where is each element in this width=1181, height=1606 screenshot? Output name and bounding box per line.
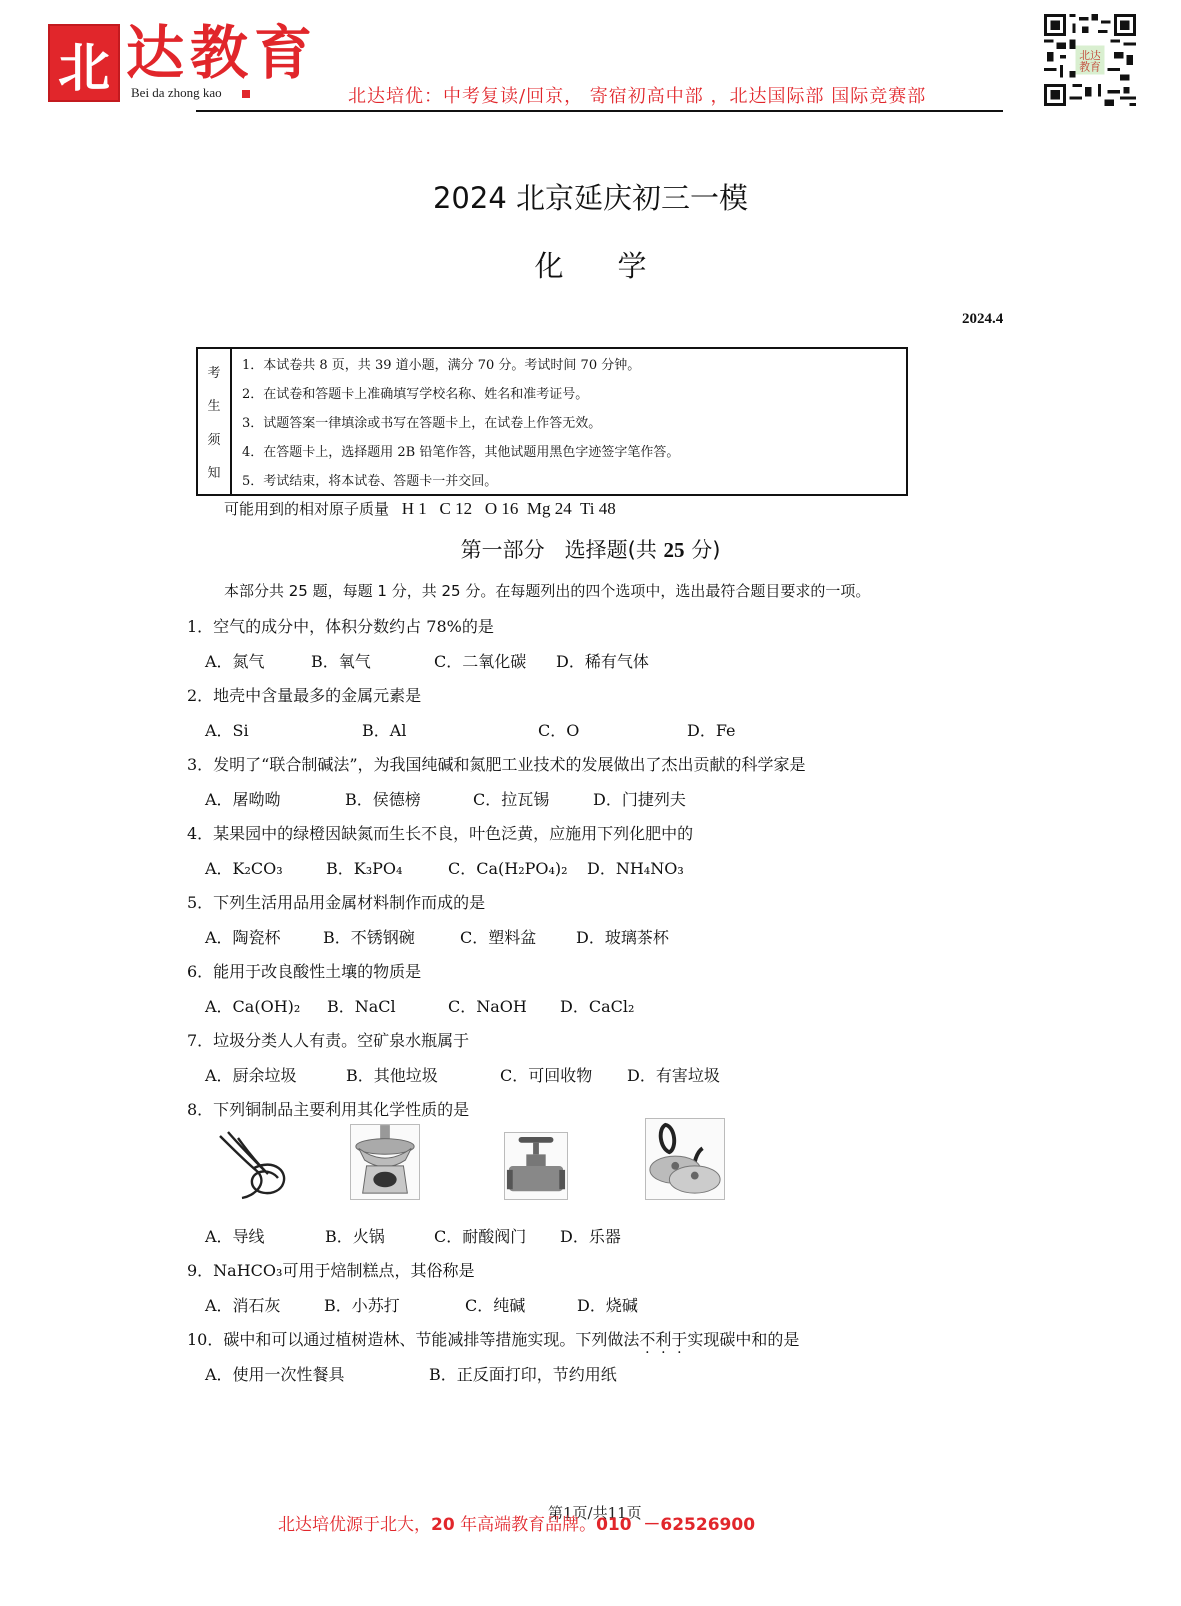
option-c: C．NaOH bbox=[448, 994, 527, 1017]
option-d: D．有害垃圾 bbox=[627, 1063, 720, 1086]
notice-item: 2．在试卷和答题卡上准确填写学校名称、姓名和准考证号。 bbox=[242, 380, 906, 409]
exam-subject: 化学 bbox=[0, 244, 1181, 285]
question-stem: 7．垃圾分类人人有责。空矿泉水瓶属于 bbox=[187, 1028, 469, 1051]
option-a: A．屠呦呦 bbox=[205, 787, 281, 810]
option-c: C．Ca(H₂PO₄)₂ bbox=[448, 856, 568, 879]
question-stem: 1．空气的成分中，体积分数约占 78%的是 bbox=[187, 614, 494, 637]
option-a: A．氮气 bbox=[205, 649, 265, 672]
svg-text:教育: 教育 bbox=[1079, 60, 1101, 73]
option-a: A．陶瓷杯 bbox=[205, 925, 281, 948]
option-a: A．Si bbox=[205, 718, 249, 741]
option-c: C．耐酸阀门 bbox=[434, 1224, 526, 1247]
question-stem: 2．地壳中含量最多的金属元素是 bbox=[187, 683, 421, 706]
emphasis-char: 不 bbox=[639, 1330, 655, 1349]
option-b: B．不锈钢碗 bbox=[323, 925, 415, 948]
question-options: A．氮气 B．氧气 C．二氧化碳 D．稀有气体 bbox=[205, 649, 1005, 671]
header-tagline: 北达培优：中考复读/回京， 寄宿初高中部 ，北达国际部 国际竞赛部 bbox=[348, 82, 926, 108]
notice-label-char: 知 bbox=[207, 462, 220, 481]
question-options: A．屠呦呦 B．侯德榜 C．拉瓦锡 D．门捷列夫 bbox=[205, 787, 1005, 809]
question-options: A．Si B．Al C．O D．Fe bbox=[205, 718, 1005, 740]
option-b: B．NaCl bbox=[327, 994, 396, 1017]
option-d: D．Fe bbox=[687, 718, 736, 741]
question-stem: 10．碳中和可以通过植树造林、节能减排等措施实现。下列做法不利于实现碳中和的是 bbox=[187, 1327, 799, 1350]
option-b: B．K₃PO₄ bbox=[326, 856, 402, 879]
question-stem: 8．下列铜制品主要利用其化学性质的是 bbox=[187, 1097, 469, 1120]
option-b: B．侯德榜 bbox=[345, 787, 421, 810]
option-d: D．玻璃茶杯 bbox=[576, 925, 669, 948]
notice-item: 4．在答题卡上，选择题用 2B 铅笔作答，其他试题用黑色字迹签字笔作答。 bbox=[242, 438, 906, 467]
logo-text: 达教育 bbox=[126, 20, 318, 86]
section-title: 第一部分 选择题(共 25 分) bbox=[0, 534, 1181, 564]
option-a: A．厨余垃圾 bbox=[205, 1063, 297, 1086]
notice-label: 考 生 须 知 bbox=[198, 349, 232, 494]
notice-item: 1．本试卷共 8 页，共 39 道小题，满分 70 分。考试时间 70 分钟。 bbox=[242, 351, 906, 380]
question-options: A．消石灰 B．小苏打 C．纯碱 D．烧碱 bbox=[205, 1293, 1005, 1315]
option-b: B．火锅 bbox=[325, 1224, 385, 1247]
option-a: A．导线 bbox=[205, 1224, 265, 1247]
question-options: A．K₂CO₃ B．K₃PO₄ C．Ca(H₂PO₄)₂ D．NH₄NO₃ bbox=[205, 856, 1005, 878]
logo-square-icon bbox=[242, 90, 250, 98]
notice-item: 3．试题答案一律填涂或书写在答题卡上，在试卷上作答无效。 bbox=[242, 409, 906, 438]
option-b: B．氧气 bbox=[311, 649, 371, 672]
notice-label-char: 生 bbox=[207, 395, 220, 414]
exam-date: 2024.4 bbox=[962, 311, 1003, 328]
question-stem: 6．能用于改良酸性土壤的物质是 bbox=[187, 959, 421, 982]
option-c: C．二氧化碳 bbox=[434, 649, 526, 672]
option-d: D．稀有气体 bbox=[556, 649, 649, 672]
option-c: C．纯碱 bbox=[465, 1293, 525, 1316]
question-stem: 9．NaHCO₃可用于焙制糕点，其俗称是 bbox=[187, 1258, 474, 1281]
option-c: C．拉瓦锡 bbox=[473, 787, 549, 810]
notice-items: 1．本试卷共 8 页，共 39 道小题，满分 70 分。考试时间 70 分钟。 … bbox=[242, 351, 906, 496]
option-c: C．可回收物 bbox=[500, 1063, 592, 1086]
question-options: A．使用一次性餐具 B．正反面打印，节约用纸 bbox=[205, 1362, 1005, 1384]
option-d: D．烧碱 bbox=[577, 1293, 638, 1316]
footer-phone: 010 －62526900 bbox=[596, 1515, 755, 1535]
question-stem: 4．某果园中的绿橙因缺氮而生长不良，叶色泛黄，应施用下列化肥中的 bbox=[187, 821, 693, 844]
hotpot-image bbox=[350, 1124, 420, 1200]
question-stem: 5．下列生活用品用金属材料制作而成的是 bbox=[187, 890, 485, 913]
emphasis-char: 于 bbox=[671, 1330, 687, 1349]
notice-label-char: 须 bbox=[207, 429, 220, 448]
qr-code-icon: 北达 教育 bbox=[1044, 14, 1136, 106]
option-b: B．小苏打 bbox=[324, 1293, 400, 1316]
option-c: C．O bbox=[538, 718, 579, 741]
option-b: B．Al bbox=[362, 718, 406, 741]
question-options: A．厨余垃圾 B．其他垃圾 C．可回收物 D．有害垃圾 bbox=[205, 1063, 1005, 1085]
atomic-masses-values: H 1 C 12 O 16 Mg 24 Ti 48 bbox=[402, 499, 616, 518]
cymbals-image bbox=[645, 1118, 725, 1200]
notice-item: 5．考试结束，将本试卷、答题卡一并交回。 bbox=[242, 467, 906, 496]
question-stem: 3．发明了“联合制碱法”，为我国纯碱和氮肥工业技术的发展做出了杰出贡献的科学家是 bbox=[187, 752, 806, 775]
option-a: A．Ca(OH)₂ bbox=[205, 994, 300, 1017]
emphasis-char: 利 bbox=[655, 1330, 671, 1349]
valve-image bbox=[504, 1132, 568, 1200]
question-options: A．陶瓷杯 B．不锈钢碗 C．塑料盆 D．玻璃茶杯 bbox=[205, 925, 1005, 947]
exam-title: 2024 北京延庆初三一模 bbox=[0, 176, 1181, 217]
question-options: A．Ca(OH)₂ B．NaCl C．NaOH D．CaCl₂ bbox=[205, 994, 1005, 1016]
option-d: D．CaCl₂ bbox=[560, 994, 634, 1017]
option-a: A．消石灰 bbox=[205, 1293, 281, 1316]
logo-char: 北 bbox=[58, 26, 110, 101]
option-d: D．NH₄NO₃ bbox=[587, 856, 684, 879]
option-a: A．K₂CO₃ bbox=[205, 856, 283, 879]
wire-image bbox=[214, 1128, 294, 1200]
footer-slogan: 北达培优源于北大，20 年高端教育品牌。010 －62526900 bbox=[278, 1510, 755, 1535]
logo-mark: 北 bbox=[48, 24, 120, 102]
option-c: C．塑料盆 bbox=[460, 925, 536, 948]
option-a: A．使用一次性餐具 bbox=[205, 1362, 345, 1385]
header-divider bbox=[196, 110, 1003, 112]
atomic-masses-label: 可能用到的相对原子质量 bbox=[224, 500, 389, 518]
option-b: B．其他垃圾 bbox=[346, 1063, 438, 1086]
option-d: D．乐器 bbox=[560, 1224, 621, 1247]
logo-subtitle: Bei da zhong kao bbox=[131, 85, 222, 101]
notice-label-char: 考 bbox=[207, 362, 220, 381]
option-d: D．门捷列夫 bbox=[593, 787, 686, 810]
question-options: A．导线 B．火锅 C．耐酸阀门 D．乐器 bbox=[205, 1224, 1005, 1246]
atomic-masses: 可能用到的相对原子质量 H 1 C 12 O 16 Mg 24 Ti 48 bbox=[224, 498, 616, 519]
section-intro: 本部分共 25 题，每题 1 分，共 25 分。在每题列出的四个选项中，选出最符… bbox=[224, 580, 870, 601]
candidate-notice-box: 考 生 须 知 1．本试卷共 8 页，共 39 道小题，满分 70 分。考试时间… bbox=[196, 347, 908, 496]
option-b: B．正反面打印，节约用纸 bbox=[429, 1362, 617, 1385]
